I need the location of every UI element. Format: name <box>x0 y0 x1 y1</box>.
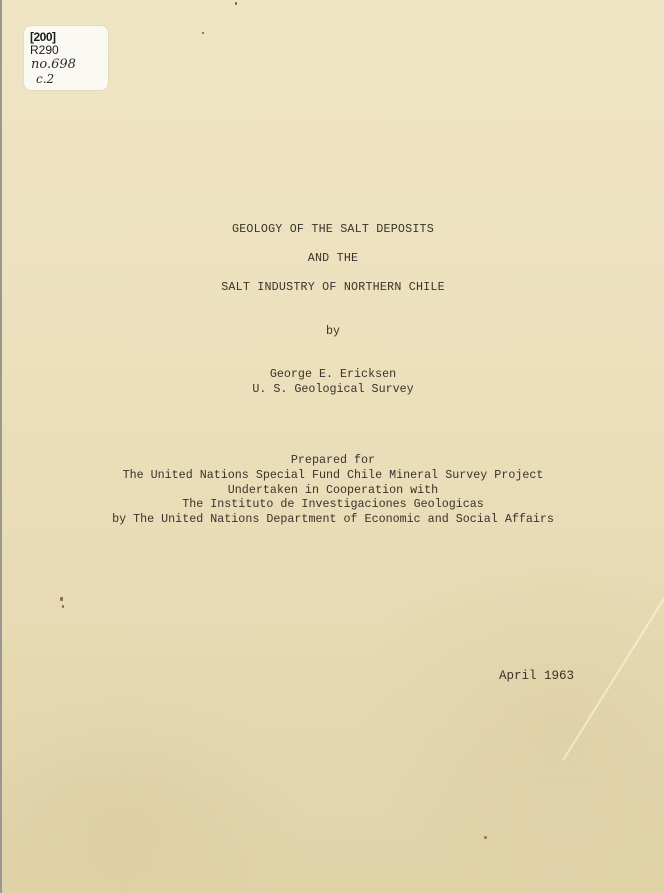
label-line-4: c.2 <box>36 72 54 86</box>
library-call-number-label: [200] R290 no.698 c.2 <box>24 26 108 90</box>
paper-speck <box>235 2 237 5</box>
document-page: [200] R290 no.698 c.2 GEOLOGY OF THE SAL… <box>2 0 664 893</box>
paper-crease <box>562 590 664 761</box>
title-line-2: AND THE <box>2 251 664 265</box>
paper-speck <box>60 597 63 601</box>
prepared-line-4: The Instituto de Investigaciones Geologi… <box>2 497 664 511</box>
paper-speck <box>62 605 64 608</box>
publication-date: April 1963 <box>499 669 574 683</box>
label-line-1: [200] <box>30 30 56 44</box>
prepared-line-2: The United Nations Special Fund Chile Mi… <box>2 468 664 482</box>
author-name: George E. Ericksen <box>2 367 664 381</box>
title-line-1: GEOLOGY OF THE SALT DEPOSITS <box>2 222 664 236</box>
label-line-2: R290 <box>30 43 59 57</box>
paper-speck <box>202 32 204 34</box>
by-text: by <box>2 324 664 338</box>
label-line-3: no.698 <box>31 57 76 72</box>
title-line-3: SALT INDUSTRY OF NORTHERN CHILE <box>2 280 664 294</box>
author-affiliation: U. S. Geological Survey <box>2 382 664 396</box>
prepared-for-line: Prepared for <box>2 453 664 467</box>
prepared-line-3: Undertaken in Cooperation with <box>2 483 664 497</box>
prepared-line-5: by The United Nations Department of Econ… <box>2 512 664 526</box>
paper-speck <box>484 836 487 839</box>
faint-pencil-marks <box>310 120 550 138</box>
